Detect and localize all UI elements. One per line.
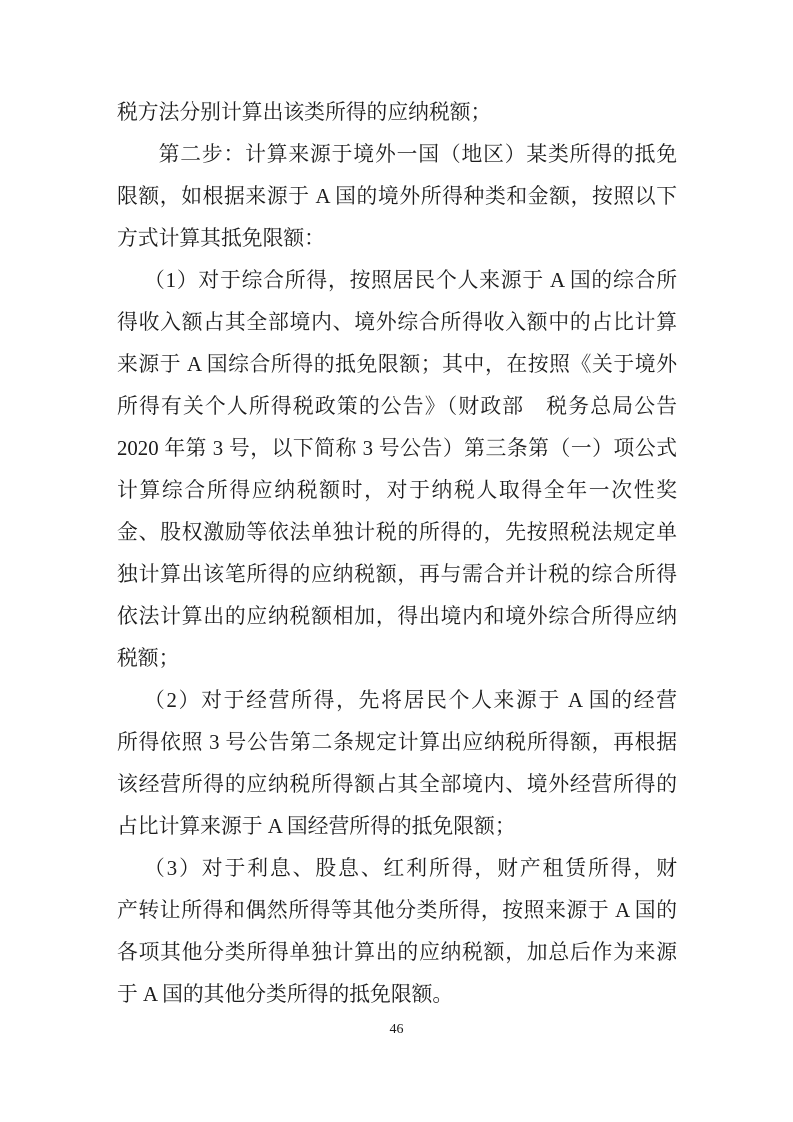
text-line: 2020 年第 3 号，以下简称 3 号公告）第三条第（一）项公式	[117, 428, 677, 470]
text-line: 所得依照 3 号公告第二条规定计算出应纳税所得额，再根据	[117, 722, 677, 764]
text-line: 税额；	[117, 638, 677, 680]
text-line: 来源于 A 国综合所得的抵免限额；其中，在按照《关于境外	[117, 344, 677, 386]
text-line: 于 A 国的其他分类所得的抵免限额。	[117, 974, 677, 1016]
text-line: （3）对于利息、股息、红利所得，财产租赁所得，财	[117, 848, 677, 890]
text-line: 得收入额占其全部境内、境外综合所得收入额中的占比计算	[117, 302, 677, 344]
text-line: 第二步：计算来源于境外一国（地区）某类所得的抵免	[117, 134, 677, 176]
text-line: 金、股权激励等依法单独计税的所得的，先按照税法规定单	[117, 512, 677, 554]
text-line: 独计算出该笔所得的应纳税额，再与需合并计税的综合所得	[117, 554, 677, 596]
text-line: 占比计算来源于 A 国经营所得的抵免限额；	[117, 806, 677, 848]
text-line: 产转让所得和偶然所得等其他分类所得，按照来源于 A 国的	[117, 890, 677, 932]
text-line: 所得有关个人所得税政策的公告》（财政部 税务总局公告	[117, 386, 677, 428]
page-number: 46	[0, 1020, 793, 1040]
text-line: 方式计算其抵免限额：	[117, 218, 677, 260]
text-line: 各项其他分类所得单独计算出的应纳税额，加总后作为来源	[117, 932, 677, 974]
text-line: 限额，如根据来源于 A 国的境外所得种类和金额，按照以下	[117, 176, 677, 218]
document-body: 税方法分别计算出该类所得的应纳税额；第二步：计算来源于境外一国（地区）某类所得的…	[117, 92, 677, 1016]
text-line: 计算综合所得应纳税额时，对于纳税人取得全年一次性奖	[117, 470, 677, 512]
text-line: 该经营所得的应纳税所得额占其全部境内、境外经营所得的	[117, 764, 677, 806]
text-line: 税方法分别计算出该类所得的应纳税额；	[117, 92, 677, 134]
text-line: （2）对于经营所得，先将居民个人来源于 A 国的经营	[117, 680, 677, 722]
document-page: 税方法分别计算出该类所得的应纳税额；第二步：计算来源于境外一国（地区）某类所得的…	[0, 0, 793, 1122]
text-line: （1）对于综合所得，按照居民个人来源于 A 国的综合所	[117, 260, 677, 302]
text-line: 依法计算出的应纳税额相加，得出境内和境外综合所得应纳	[117, 596, 677, 638]
